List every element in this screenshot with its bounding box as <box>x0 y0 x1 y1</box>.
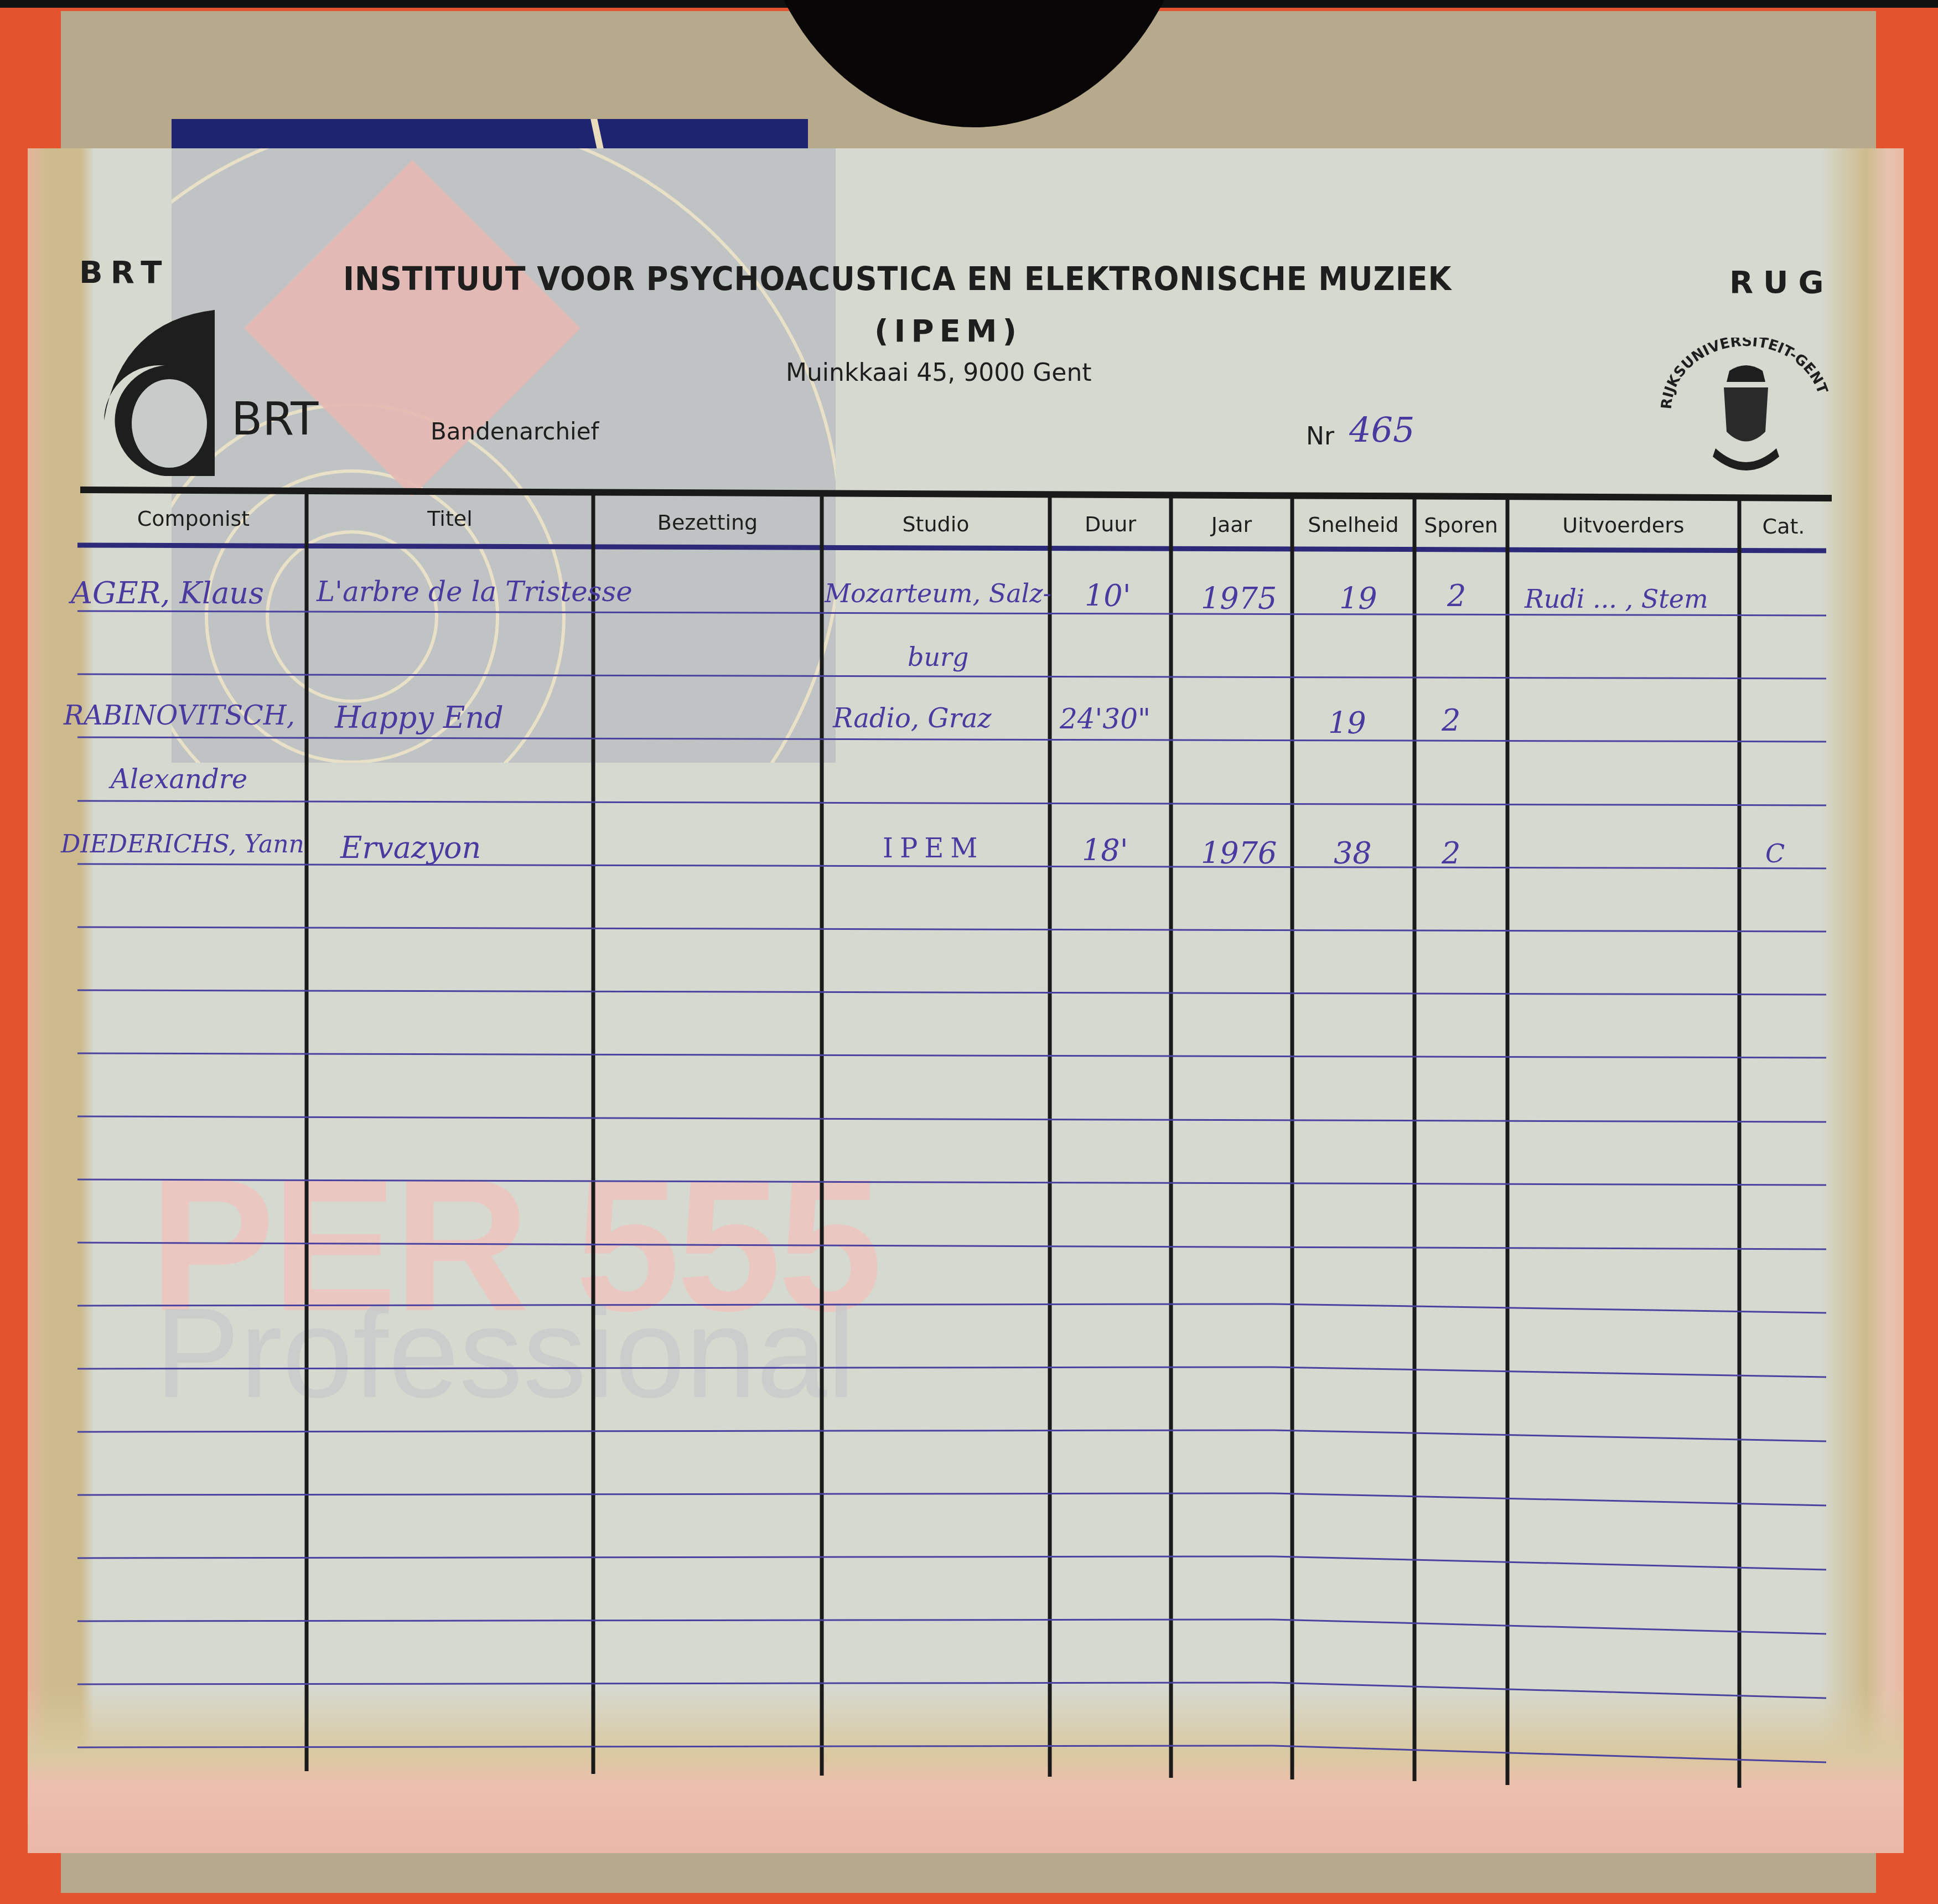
col-header-cat: Cat. <box>1739 514 1828 539</box>
cell-snelheid: 19 <box>1328 706 1366 741</box>
cell-jaar: 1975 <box>1201 581 1277 616</box>
form-grid <box>0 0 1938 1904</box>
col-header-sporen: Sporen <box>1414 513 1507 537</box>
col-header-titel: Titel <box>307 506 593 531</box>
cell-uitvoerders: Rudi ... , Stem <box>1525 584 1708 614</box>
cell-componist-line2: Alexandre <box>111 764 247 795</box>
cell-snelheid: 19 <box>1339 581 1377 616</box>
cell-duur: 24'30" <box>1060 703 1151 735</box>
cell-titel: Happy End <box>335 700 504 735</box>
cell-duur: 10' <box>1085 578 1131 613</box>
cell-studio: Radio, Graz <box>833 703 992 734</box>
col-header-componist: Componist <box>80 506 307 531</box>
col-header-duur: Duur <box>1050 512 1171 536</box>
col-header-studio: Studio <box>822 512 1050 536</box>
cell-componist: RABINOVITSCH, <box>64 700 295 731</box>
cell-sporen: 2 <box>1447 578 1466 613</box>
col-header-snelheid: Snelheid <box>1292 513 1414 537</box>
cell-sporen: 2 <box>1442 836 1460 871</box>
cell-componist: AGER, Klaus <box>71 576 264 610</box>
col-header-jaar: Jaar <box>1171 513 1292 537</box>
cell-studio: IPEM <box>883 833 984 864</box>
cell-titel: L'arbre de la Tristesse <box>317 576 633 608</box>
cell-studio: Mozarteum, Salz- <box>825 578 1051 608</box>
cell-jaar: 1976 <box>1201 836 1277 871</box>
cell-duur: 18' <box>1082 833 1128 868</box>
cell-titel: Ervazyon <box>340 830 481 865</box>
cell-studio-line2: burg <box>908 642 969 672</box>
col-header-uitvoerders: Uitvoerders <box>1507 513 1739 537</box>
cell-componist: DIEDERICHS, Yann <box>61 830 304 858</box>
cell-snelheid: 38 <box>1334 836 1372 871</box>
col-header-bezetting: Bezetting <box>593 510 822 535</box>
cell-cat: C <box>1765 839 1785 868</box>
cell-sporen: 2 <box>1442 703 1460 738</box>
